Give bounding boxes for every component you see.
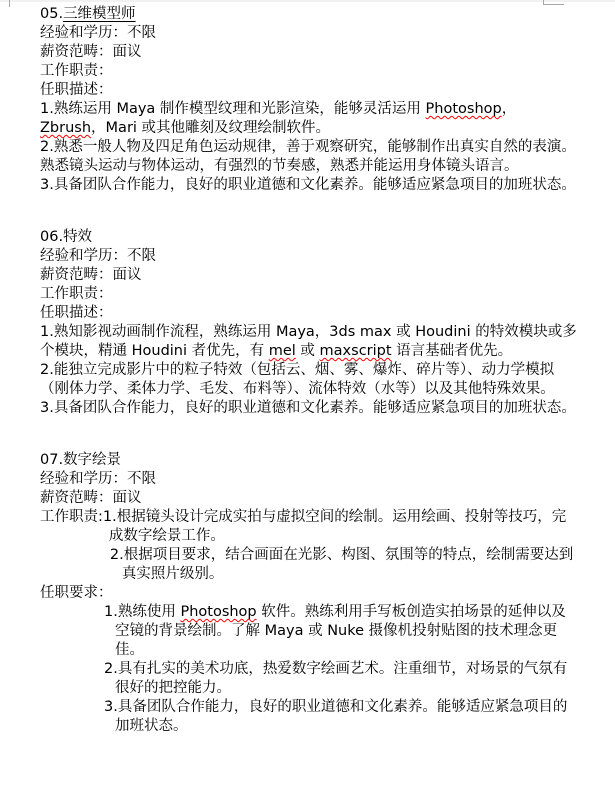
salary-line: 薪资范畴：面议 (40, 43, 577, 62)
duties-item: 1.根据镜头设计完成实拍与虚拟空间的绘制。运用绘画、投射等技巧，完成数字绘景工作… (103, 508, 577, 546)
spellcheck-flagged-word: Zbrush (40, 120, 91, 136)
description-label: 任职描述： (40, 81, 577, 100)
description-item: 2.能独立完成影片中的粒子特效（包括云、烟、雾、爆炸、碎片等）、动力学模拟（刚体… (40, 361, 577, 399)
job-section-05: 05.三维模型师 经验和学历：不限 薪资范畴：面议 工作职责： 任职描述： 1.… (40, 5, 577, 195)
text-run: 2.根据项目要求，结合画面在光影、构图、氛围等的特点，绘制需要达到真实照片级别。 (110, 547, 573, 582)
text-run: 1.根据镜头设计完成实拍与虚拟空间的绘制。运用绘画、投射等技巧，完成数字绘景工作… (103, 509, 566, 544)
text-run: 2.熟悉一般人物及四足角色运动规律，善于观察研究，能够制作出真实自然的表演。熟悉… (40, 139, 576, 174)
spellcheck-flagged-word: Photoshop (180, 604, 256, 620)
requirements-item: 3.具备团队合作能力，良好的职业道德和文化素养。能够适应紧急项目的加班状态。 (104, 698, 577, 736)
requirements-items: 1.熟练使用 Photoshop 软件。熟练利用手写板创造实拍场景的延伸以及空镜… (104, 603, 577, 736)
text-run: 3.具备团队合作能力，良好的职业道德和文化素养。能够适应紧急项目的加班状态。 (104, 699, 567, 734)
spellcheck-flagged-word: maxscript (320, 343, 392, 359)
experience-line: 经验和学历：不限 (40, 247, 577, 266)
description-item: 1.熟知影视动画制作流程，熟练运用 Maya，3ds max 或 Houdini… (40, 323, 577, 361)
job-heading: 07.数字绘景 (40, 451, 577, 470)
duties-label: 工作职责： (40, 285, 577, 304)
duties-item: 2.根据项目要求，结合画面在光影、构图、氛围等的特点，绘制需要达到真实照片级别。 (110, 546, 577, 584)
text-run: 1.熟练使用 (104, 604, 180, 620)
experience-line: 经验和学历：不限 (40, 470, 577, 489)
description-item: 3.具备团队合作能力，良好的职业道德和文化素养。能够适应紧急项目的加班状态。 (40, 176, 577, 195)
salary-line: 薪资范畴：面议 (40, 489, 577, 508)
description-item: 1.熟练运用 Maya 制作模型纹理和光影渲染，能够灵活运用 Photoshop… (40, 100, 577, 138)
text-run: 3.具备团队合作能力，良好的职业道德和文化素养。能够适应紧急项目的加班状态。 (40, 177, 576, 193)
text-run: 3.具备团队合作能力，良好的职业道德和文化素养。能够适应紧急项目的加班状态。 (40, 400, 576, 416)
description-item: 2.熟悉一般人物及四足角色运动规律，善于观察研究，能够制作出真实自然的表演。熟悉… (40, 138, 577, 176)
duties-label: 工作职责： (40, 62, 577, 81)
job-number: 06. (40, 229, 63, 245)
job-number: 07. (40, 452, 63, 468)
document-body: 05.三维模型师 经验和学历：不限 薪资范畴：面议 工作职责： 任职描述： 1.… (40, 5, 577, 736)
salary-line: 薪资范畴：面议 (40, 266, 577, 285)
requirements-label: 任职要求： (40, 584, 577, 603)
text-run: 1.熟练运用 Maya 制作模型纹理和光影渲染，能够灵活运用 (40, 101, 426, 117)
text-run: ，Mari 或其他雕刻及纹理绘制软件。 (91, 120, 330, 136)
job-section-07: 07.数字绘景 经验和学历：不限 薪资范畴：面议 工作职责: 1.根据镜头设计完… (40, 451, 577, 736)
spellcheck-flagged-word: mel (269, 343, 296, 359)
margin-crop-mark-left (9, 0, 10, 7)
job-title: 特效 (63, 229, 92, 245)
experience-line: 经验和学历：不限 (40, 24, 577, 43)
text-run: 语言基础者优先。 (392, 343, 513, 359)
duties-items: 1.根据镜头设计完成实拍与虚拟空间的绘制。运用绘画、投射等技巧，完成数字绘景工作… (103, 508, 577, 584)
description-label: 任职描述： (40, 304, 577, 323)
duties-block: 工作职责: 1.根据镜头设计完成实拍与虚拟空间的绘制。运用绘画、投射等技巧，完成… (40, 508, 577, 584)
job-section-06: 06.特效 经验和学历：不限 薪资范畴：面议 工作职责： 任职描述： 1.熟知影… (40, 228, 577, 418)
window-top-edge (0, 0, 615, 2)
text-run: ， (502, 101, 517, 117)
spellcheck-flagged-word: Photoshop (426, 101, 502, 117)
job-heading: 06.特效 (40, 228, 577, 247)
job-title: 数字绘景 (63, 452, 121, 468)
text-run: 2.能独立完成影片中的粒子特效（包括云、烟、雾、爆炸、碎片等）、动力学模拟（刚体… (40, 362, 555, 397)
job-title: 三维模型师 (63, 6, 136, 22)
duties-label: 工作职责: (40, 508, 103, 527)
text-run: 2.具有扎实的美术功底，热爱数字绘画艺术。注重细节，对场景的气氛有很好的把控能力… (104, 661, 567, 696)
description-item: 3.具备团队合作能力，良好的职业道德和文化素养。能够适应紧急项目的加班状态。 (40, 399, 577, 418)
requirements-item: 2.具有扎实的美术功底，热爱数字绘画艺术。注重细节，对场景的气氛有很好的把控能力… (104, 660, 577, 698)
text-run: 或 (296, 343, 320, 359)
requirements-item: 1.熟练使用 Photoshop 软件。熟练利用手写板创造实拍场景的延伸以及空镜… (104, 603, 577, 660)
job-heading: 05.三维模型师 (40, 5, 577, 24)
job-number: 05. (40, 6, 63, 22)
